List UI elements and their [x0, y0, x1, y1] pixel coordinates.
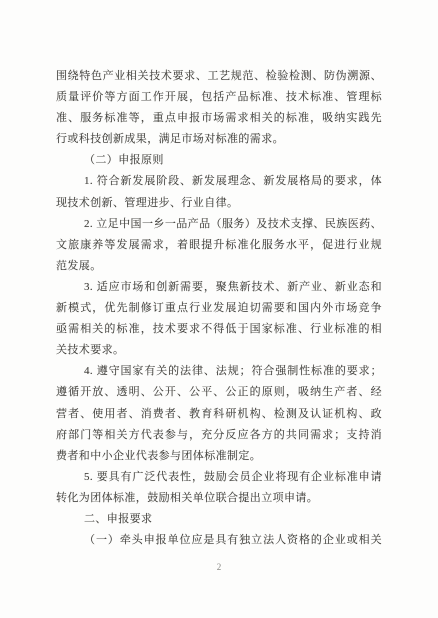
body-text-line: 新模式，优先制修订重点行业发展迫切需要和国内外市场竞争 [56, 298, 382, 319]
page-number: 2 [0, 562, 438, 572]
body-text-line: 5. 要具有广泛代表性，鼓励会员企业将现有企业标准申请 [56, 467, 382, 488]
body-text-line: 1. 符合新发展阶段、新发展理念、新发展格局的要求，体 [56, 171, 382, 192]
body-text-line: 转化为团体标准，鼓励相关单位联合提出立项申请。 [56, 488, 382, 509]
body-text-line: 遵循开放、透明、公开、公平、公正的原则，吸纳生产者、经 [56, 382, 382, 403]
body-text-line: 营者、使用者、消费者、教育科研机构、检测及认证机构、政 [56, 404, 382, 425]
body-text-line: 现技术创新、管理进步、行业自律。 [56, 193, 382, 214]
document-page: 围绕特色产业相关技术要求、工艺规范、检验检测、防伪溯源、质量评价等方面工作开展，… [0, 0, 438, 618]
section-heading-line: （二）申报原则 [56, 150, 382, 171]
body-text-line: 围绕特色产业相关技术要求、工艺规范、检验检测、防伪溯源、 [56, 66, 382, 87]
body-text-line: 亟需相关的标准，技术要求不得低于国家标准、行业标准的相 [56, 319, 382, 340]
section-heading-line: 二、申报要求 [56, 509, 382, 530]
body-text-line: 关技术要求。 [56, 340, 382, 361]
body-text-line: 3. 适应市场和创新需要，聚焦新技术、新产业、新业态和 [56, 277, 382, 298]
body-text-line: 2. 立足中国一乡一品产品（服务）及技术支撑、民族医药、 [56, 214, 382, 235]
body-text-line: 4. 遵守国家有关的法律、法规；符合强制性标准的要求； [56, 361, 382, 382]
body-text-line: 行或科技创新成果，满足市场对标准的需求。 [56, 129, 382, 150]
body-text-line: 准、服务标准等，重点申报市场需求相关的标准，吸纳实践先 [56, 108, 382, 129]
body-text-line: 府部门等相关方代表参与，充分反应各方的共同需求；支持消 [56, 425, 382, 446]
body-text-line: 范发展。 [56, 256, 382, 277]
body-text-line: 文旅康养等发展需求，着眼提升标准化服务水平，促进行业规 [56, 235, 382, 256]
body-text-line: 费者和中小企业代表参与团体标准制定。 [56, 446, 382, 467]
text-block: 围绕特色产业相关技术要求、工艺规范、检验检测、防伪溯源、质量评价等方面工作开展，… [56, 66, 382, 551]
body-text-line: （一）牵头申报单位应是具有独立法人资格的企业或相关 [56, 530, 382, 551]
body-text-line: 质量评价等方面工作开展，包括产品标准、技术标准、管理标 [56, 87, 382, 108]
